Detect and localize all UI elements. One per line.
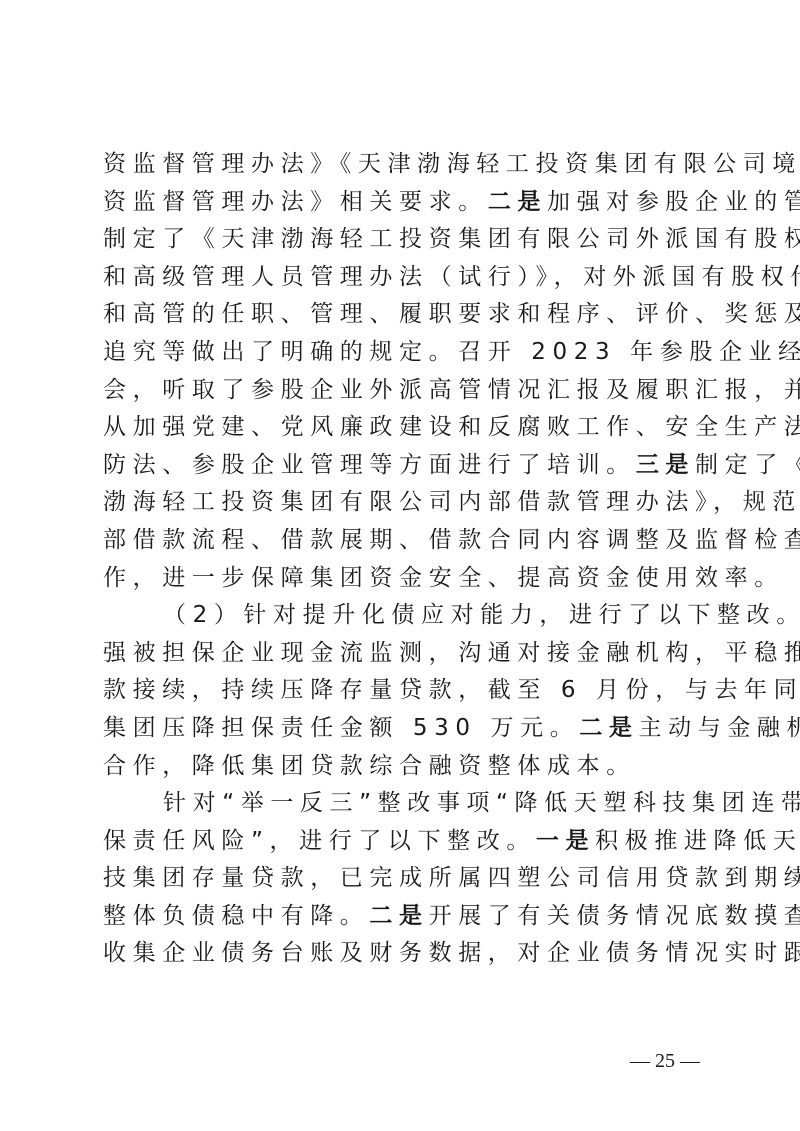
bold-label: 二是 xyxy=(488,189,547,215)
text-line: 会，听取了参股企业外派高管情况汇报及履职汇报，并分别 xyxy=(103,372,703,410)
document-page: 资监督管理办法》《天津渤海轻工投资集团有限公司境外投资监督管理办法》相关要求。二… xyxy=(0,0,800,1131)
text-segment: 作，进一步保障集团资金安全、提高资金使用效率。 xyxy=(103,565,784,591)
text-segment: 和高管的任职、管理、履职要求和程序、评价、奖惩及责任 xyxy=(103,301,800,327)
text-segment: 资监督管理办法》相关要求。 xyxy=(103,189,488,215)
bold-label: 二是 xyxy=(579,715,638,741)
text-segment: 合作，降低集团贷款综合融资整体成本。 xyxy=(103,753,636,779)
text-segment: 从加强党建、党风廉政建设和反腐败工作、安全生产法和消 xyxy=(103,414,800,440)
bold-label: 二是 xyxy=(369,903,428,929)
document-body: 资监督管理办法》《天津渤海轻工投资集团有限公司境外投资监督管理办法》相关要求。二… xyxy=(103,146,703,973)
text-segment: 强被担保企业现金流监测，沟通对接金融机构，平稳推进贷 xyxy=(103,640,800,666)
text-line: 防法、参股企业管理等方面进行了培训。三是制定了《天津 xyxy=(103,447,703,485)
bold-label: 一是 xyxy=(536,828,595,854)
text-segment: 和高级管理人员管理办法（试行）》，对外派国有股权代表 xyxy=(103,264,800,290)
text-segment: 制定了《天津渤海轻工投资集团有限公司外派国有股权代表 xyxy=(103,226,800,252)
text-segment: 款接续，持续压降存量贷款，截至 6 月份，与去年同期相比 xyxy=(103,677,800,703)
text-line: 合作，降低集团贷款综合融资整体成本。 xyxy=(103,748,703,786)
text-line: 作，进一步保障集团资金安全、提高资金使用效率。 xyxy=(103,560,703,598)
text-segment: 会，听取了参股企业外派高管情况汇报及履职汇报，并分别 xyxy=(103,377,800,403)
text-line: 针对“举一反三”整改事项“降低天塑科技集团连带担 xyxy=(103,785,703,823)
text-line: 和高管的任职、管理、履职要求和程序、评价、奖惩及责任 xyxy=(103,296,703,334)
text-line: 部借款流程、借款展期、借款合同内容调整及监督检查等工 xyxy=(103,522,703,560)
text-segment: 开展了有关债务情况底数摸查工作， xyxy=(429,903,800,929)
text-line: 资监督管理办法》相关要求。二是加强对参股企业的管理。 xyxy=(103,184,703,222)
text-line: 强被担保企业现金流监测，沟通对接金融机构，平稳推进贷 xyxy=(103,635,703,673)
text-segment: 集团压降担保责任金额 530 万元。 xyxy=(103,715,579,741)
text-segment: 渤海轻工投资集团有限公司内部借款管理办法》，规范了内 xyxy=(103,489,800,515)
text-line: 从加强党建、党风廉政建设和反腐败工作、安全生产法和消 xyxy=(103,409,703,447)
text-line: 渤海轻工投资集团有限公司内部借款管理办法》，规范了内 xyxy=(103,484,703,522)
text-line: 技集团存量贷款，已完成所属四塑公司信用贷款到期续贷， xyxy=(103,860,703,898)
text-segment: 资监督管理办法》《天津渤海轻工投资集团有限公司境外投 xyxy=(103,151,800,177)
text-line: 追究等做出了明确的规定。召开 2023 年参股企业经营分析 xyxy=(103,334,703,372)
page-number: — 25 — xyxy=(600,1050,730,1073)
text-line: 款接续，持续压降存量贷款，截至 6 月份，与去年同期相比 xyxy=(103,672,703,710)
text-line: 集团压降担保责任金额 530 万元。二是主动与金融机构谋求 xyxy=(103,710,703,748)
text-line: 资监督管理办法》《天津渤海轻工投资集团有限公司境外投 xyxy=(103,146,703,184)
text-segment: 整体负债稳中有降。 xyxy=(103,903,369,929)
text-segment: （2）针对提升化债应对能力，进行了以下整改。 xyxy=(163,602,800,628)
text-line: 保责任风险”，进行了以下整改。一是积极推进降低天塑科 xyxy=(103,823,703,861)
text-segment: 收集企业债务台账及财务数据，对企业债务情况实时跟踪。 xyxy=(103,940,800,966)
text-line: 整体负债稳中有降。二是开展了有关债务情况底数摸查工作， xyxy=(103,898,703,936)
text-line: （2）针对提升化债应对能力，进行了以下整改。一是加 xyxy=(103,597,703,635)
text-segment: 针对“举一反三”整改事项“降低天塑科技集团连带担 xyxy=(163,790,800,816)
bold-label: 三是 xyxy=(636,452,695,478)
text-line: 收集企业债务台账及财务数据，对企业债务情况实时跟踪。 xyxy=(103,935,703,973)
text-segment: 保责任风险”，进行了以下整改。 xyxy=(103,828,536,854)
text-segment: 防法、参股企业管理等方面进行了培训。 xyxy=(103,452,636,478)
text-segment: 主动与金融机构谋求 xyxy=(639,715,800,741)
text-segment: 技集团存量贷款，已完成所属四塑公司信用贷款到期续贷， xyxy=(103,865,800,891)
text-segment: 制定了《天津 xyxy=(695,452,800,478)
text-line: 和高级管理人员管理办法（试行）》，对外派国有股权代表 xyxy=(103,259,703,297)
text-segment: 部借款流程、借款展期、借款合同内容调整及监督检查等工 xyxy=(103,527,800,553)
text-segment: 加强对参股企业的管理。 xyxy=(547,189,800,215)
text-segment: 追究等做出了明确的规定。召开 2023 年参股企业经营分析 xyxy=(103,339,800,365)
text-segment: 积极推进降低天塑科 xyxy=(595,828,800,854)
text-line: 制定了《天津渤海轻工投资集团有限公司外派国有股权代表 xyxy=(103,221,703,259)
